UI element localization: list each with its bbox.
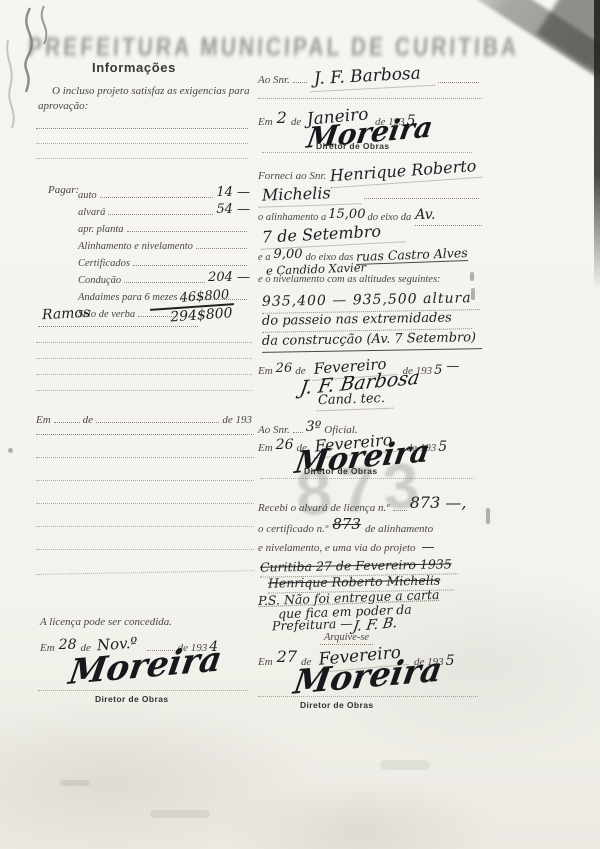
alignment-ea: e a: [258, 252, 271, 263]
fee-row: Condução 204 —: [78, 268, 250, 285]
certificate-post: de alinhamento: [365, 523, 433, 535]
right-signature-2-role: Cand. tec.: [316, 391, 394, 412]
fee-row: auto 14 —: [78, 183, 250, 200]
blank-lines-top: [36, 128, 248, 159]
right-signature-1-role: Diretor de Obras: [316, 141, 389, 151]
receipt-line-3: e nivelamento, e uma via do projeto —: [258, 540, 486, 555]
date-de: de: [83, 414, 93, 426]
margin-note-line: [38, 326, 198, 327]
scan-smudge-corner: [536, 0, 600, 83]
date-day-hw: 26: [276, 361, 293, 376]
ao-snr-label: Ao Snr.: [258, 424, 290, 436]
fee-row: Alinhamento e nivelamento: [78, 234, 250, 251]
date-de193: de 193: [222, 414, 252, 426]
bleedthrough-stamp: PREFEITURA MUNICIPAL DE CURITIBA: [27, 33, 519, 63]
fee-row: alvará 54 —: [78, 200, 250, 217]
intro-paragraph: O incluso projeto satisfaz as exigencias…: [38, 84, 250, 115]
date-em: Em: [258, 116, 273, 128]
arquive-se-note: Arquive-se: [320, 632, 373, 645]
date-em: Em: [258, 365, 273, 377]
fee-label: apr. planta: [78, 224, 124, 235]
left-signature-role: Diretor de Obras: [95, 694, 168, 704]
scanned-form-page: PREFEITURA MUNICIPAL DE CURITIBA 873 Inf…: [0, 0, 600, 849]
right-signature-4-role: Diretor de Obras: [300, 700, 373, 710]
oficial-number-hw: 3º: [306, 419, 322, 435]
addressee-name-hw: J. F. Barbosa: [309, 63, 435, 93]
blank-date-line: Em de de 193: [36, 408, 252, 426]
date-year-hw: 5: [434, 363, 442, 378]
forneci-name2-hw: Michelis: [258, 182, 361, 208]
alignment-av-hw: Av.: [415, 207, 482, 226]
projeto-line: e nivelamento, e uma via do projeto: [258, 542, 416, 554]
approval-note: A licença pode ser concedida.: [40, 616, 172, 628]
pen-scribble: [0, 0, 95, 140]
alignment-pre: o alinhamento a: [258, 212, 326, 223]
right-signature-4: Moreira: [268, 656, 468, 695]
projeto-dash-hw: —: [422, 540, 435, 555]
fee-value-hw: 54 —: [216, 202, 250, 217]
receipt-number-hw: 873 —,: [410, 493, 467, 512]
blank-lines-mid: [36, 342, 252, 391]
forneci-line-2: Michelis: [258, 184, 482, 206]
fee-row: Certificados: [78, 251, 250, 268]
alignment-streets2-hw: ruas Castro Alves: [356, 245, 468, 265]
certificate-pre: o certificado n.º: [258, 523, 328, 535]
fee-sum: 46$800 294$800: [149, 287, 235, 327]
certificate-number-hw: 873: [332, 515, 361, 533]
forneci-line-1: Forneci ao Snr. Henrique Roberto: [258, 164, 482, 186]
fee-label: Condução: [78, 275, 121, 286]
scan-edge-dark: [594, 0, 600, 290]
addressee-line: Ao Snr. J. F. Barbosa: [258, 68, 482, 91]
receipt-line-2: o certificado n.º 873 de alinhamento: [258, 518, 486, 536]
nivelamento-note: e o nivelamento com as altitudes seguint…: [258, 274, 441, 285]
receipt-line-1: Recebi o alvará de licença n.º 873 —,: [258, 496, 486, 515]
left-signature: Moreira: [50, 646, 240, 686]
alignment-value-hw: 15,00: [328, 207, 365, 222]
alignment-line-2: e a 9,00 do eixo das ruas Castro Alves: [258, 248, 488, 264]
forneci-label: Forneci ao Snr.: [258, 170, 326, 182]
altitude-line-2: do passeio nas extremidades: [262, 310, 472, 333]
altitude-line-3: da construcção (Av. 7 Setembro): [262, 330, 482, 353]
fee-label: Certificados: [78, 258, 130, 269]
right-signature-2: J. F. Barbosa: [300, 372, 420, 394]
margin-note-hw: Ramos: [42, 305, 91, 323]
left-column-title: Informações: [92, 60, 176, 75]
alignment-value2-hw: 9,00: [274, 247, 303, 262]
right-signature-3-role: Diretor de Obras: [304, 466, 377, 476]
blank-lines-bottom: [36, 434, 254, 573]
ps-text: Prefeitura —: [272, 616, 353, 634]
ps-line-3: Prefeitura — J. F. B.: [272, 617, 397, 633]
fee-row: apr. planta: [78, 217, 250, 234]
date-suffix-hw: —: [446, 359, 459, 374]
date-em: Em: [36, 414, 51, 426]
fee-label: auto: [78, 190, 97, 201]
ao-snr-label: Ao Snr.: [258, 74, 290, 86]
pagar-label: Pagar:: [48, 184, 79, 196]
fee-label: Alinhamento e nivelamento: [78, 241, 193, 252]
fee-label: alvará: [78, 207, 105, 218]
fee-value-hw: 204 —: [208, 270, 250, 285]
fee-value-hw: 14 —: [216, 185, 250, 200]
receipt-pre: Recebi o alvará de licença n.º: [258, 502, 390, 514]
